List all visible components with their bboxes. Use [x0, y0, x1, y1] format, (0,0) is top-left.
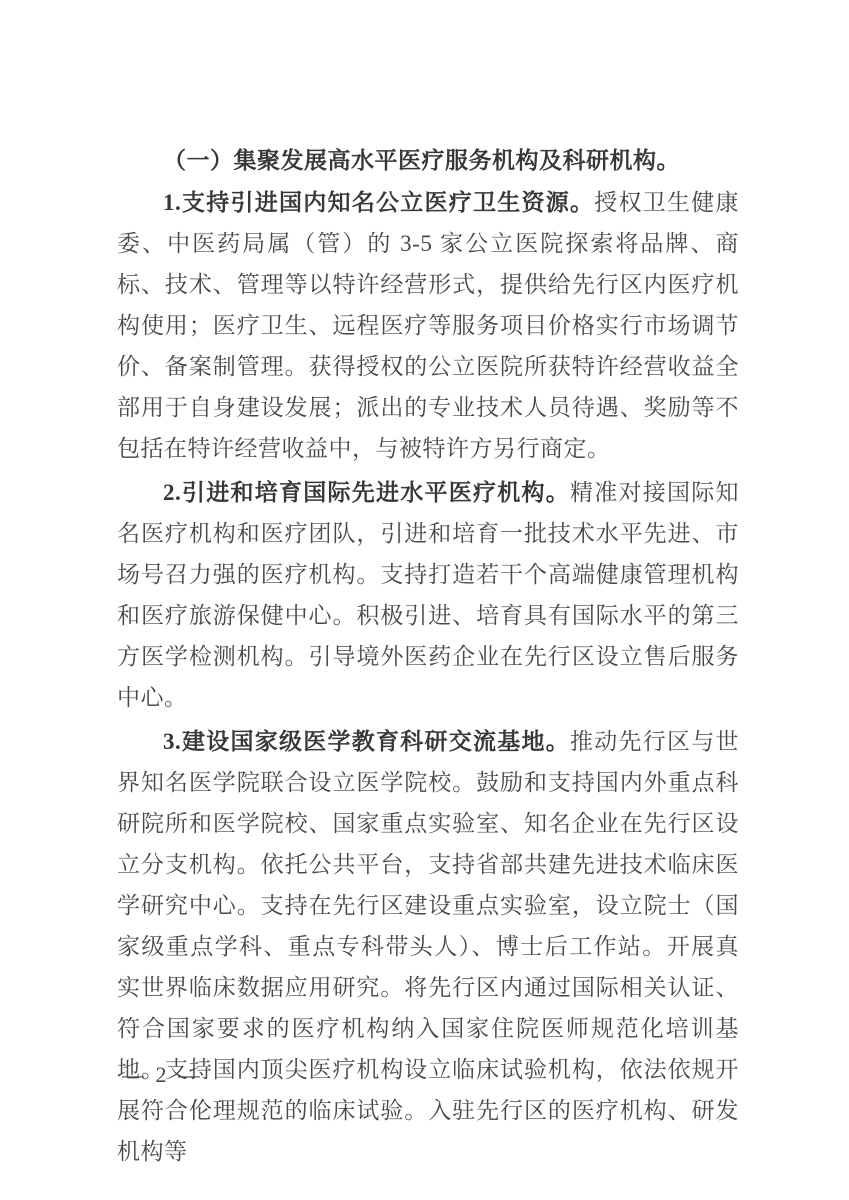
paragraph-1: 1.支持引进国内知名公立医疗卫生资源。授权卫生健康委、中医药局属（管）的 3-5… — [117, 182, 739, 469]
paragraph-2-lead: 2.引进和培育国际先进水平医疗机构。 — [163, 480, 570, 505]
paragraph-3: 3.建设国家级医学教育科研交流基地。推动先行区与世界知名医学院联合设立医学院校。… — [117, 721, 739, 1172]
paragraph-1-lead: 1.支持引进国内知名公立医疗卫生资源。 — [163, 190, 594, 215]
document-body: （一）集聚发展高水平医疗服务机构及科研机构。 1.支持引进国内知名公立医疗卫生资… — [117, 140, 739, 1175]
paragraph-2: 2.引进和培育国际先进水平医疗机构。精准对接国际知名医疗机构和医疗团队，引进和培… — [117, 472, 739, 718]
document-page: { "page": { "heading": "（一）集聚发展高水平医疗服务机构… — [0, 0, 849, 1200]
paragraph-1-body: 授权卫生健康委、中医药局属（管）的 3-5 家公立医院探索将品牌、商标、技术、管… — [117, 190, 739, 461]
paragraph-2-body: 精准对接国际知名医疗机构和医疗团队，引进和培育一批技术水平先进、市场号召力强的医… — [117, 480, 739, 710]
page-number: — 2 — — [122, 1060, 203, 1090]
section-heading: （一）集聚发展高水平医疗服务机构及科研机构。 — [117, 140, 739, 181]
paragraph-3-lead: 3.建设国家级医学教育科研交流基地。 — [163, 729, 570, 754]
paragraph-3-body: 推动先行区与世界知名医学院联合设立医学院校。鼓励和支持国内外重点科研院所和医学院… — [117, 729, 739, 1164]
